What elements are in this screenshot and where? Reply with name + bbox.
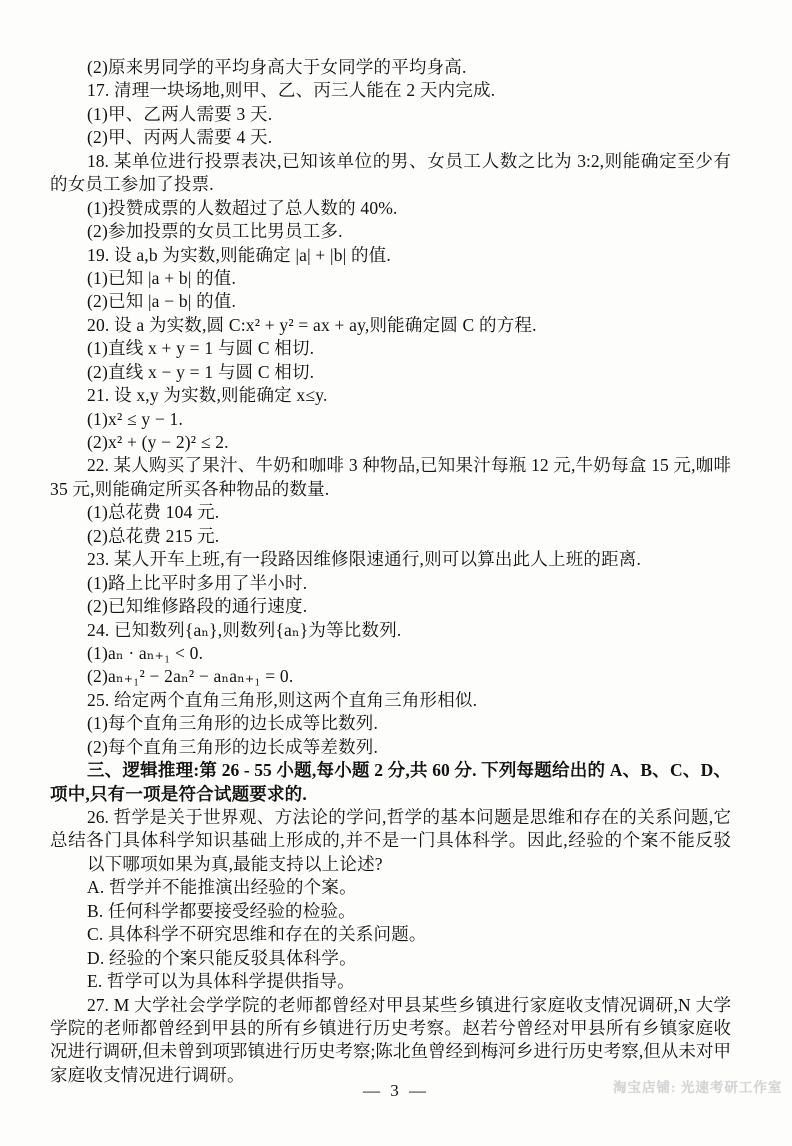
text-line: 35 元,则能确定所买各种物品的数量.: [50, 478, 731, 501]
text-line: 总结各门具体科学知识基础上形成的,并不是一门具体科学。因此,经验的个案不能反驳它…: [50, 829, 731, 852]
text-line: (2)直线 x − y = 1 与圆 C 相切.: [50, 361, 731, 384]
text-line: 项中,只有一项是符合试题要求的.: [50, 783, 731, 806]
text-line: 25. 给定两个直角三角形,则这两个直角三角形相似.: [50, 689, 731, 712]
exam-paper-page: (2)原来男同学的平均身高大于女同学的平均身高.17. 清理一块场地,则甲、乙、…: [0, 0, 792, 1146]
text-line: 学院的老师都曾经到甲县的所有乡镇进行历史考察。赵若兮曾经对甲县所有乡镇家庭收支情: [50, 1017, 731, 1040]
text-line: D. 经验的个案只能反驳具体科学。: [50, 947, 731, 970]
text-line: A. 哲学并不能推演出经验的个案。: [50, 876, 731, 899]
text-line: 17. 清理一块场地,则甲、乙、丙三人能在 2 天内完成.: [50, 79, 731, 102]
text-line: 22. 某人购买了果汁、牛奶和咖啡 3 种物品,已知果汁每瓶 12 元,牛奶每盒…: [50, 454, 731, 477]
text-line: 18. 某单位进行投票表决,已知该单位的男、女员工人数之比为 3:2,则能确定至…: [50, 150, 731, 173]
text-line: (2)aₙ₊₁² − 2aₙ² − aₙaₙ₊₁ = 0.: [50, 665, 731, 688]
document-body: (2)原来男同学的平均身高大于女同学的平均身高.17. 清理一块场地,则甲、乙、…: [50, 56, 731, 1087]
text-line: (2)甲、丙两人需要 4 天.: [50, 126, 731, 149]
text-line: 三、逻辑推理:第 26 - 55 小题,每小题 2 分,共 60 分. 下列每题…: [50, 759, 731, 782]
text-line: (1)每个直角三角形的边长成等比数列.: [50, 712, 731, 735]
text-line: E. 哲学可以为具体科学提供指导。: [50, 970, 731, 993]
text-line: (2)总花费 215 元.: [50, 525, 731, 548]
text-line: 19. 设 a,b 为实数,则能确定 |a| + |b| 的值.: [50, 244, 731, 267]
text-line: 的女员工参加了投票.: [50, 173, 731, 196]
text-line: (2)每个直角三角形的边长成等差数列.: [50, 736, 731, 759]
text-line: (2)已知维修路段的通行速度.: [50, 595, 731, 618]
text-line: 27. M 大学社会学学院的老师都曾经对甲县某些乡镇进行家庭收支情况调研,N 大…: [50, 994, 731, 1017]
text-line: 以下哪项如果为真,最能支持以上论述?: [50, 853, 731, 876]
text-line: (1)路上比平时多用了半小时.: [50, 572, 731, 595]
text-line: (1)投赞成票的人数超过了总人数的 40%.: [50, 197, 731, 220]
text-line: (1)直线 x + y = 1 与圆 C 相切.: [50, 337, 731, 360]
text-line: (2)已知 |a − b| 的值.: [50, 290, 731, 313]
text-line: 20. 设 a 为实数,圆 C:x² + y² = ax + ay,则能确定圆 …: [50, 314, 731, 337]
text-line: 21. 设 x,y 为实数,则能确定 x≤y.: [50, 384, 731, 407]
text-line: B. 任何科学都要接受经验的检验。: [50, 900, 731, 923]
text-line: 23. 某人开车上班,有一段路因维修限速通行,则可以算出此人上班的距离.: [50, 548, 731, 571]
text-line: (1)总花费 104 元.: [50, 501, 731, 524]
text-line: (1)x² ≤ y − 1.: [50, 408, 731, 431]
text-line: C. 具体科学不研究思维和存在的关系问题。: [50, 923, 731, 946]
text-line: (1)甲、乙两人需要 3 天.: [50, 103, 731, 126]
text-line: (2)原来男同学的平均身高大于女同学的平均身高.: [50, 56, 731, 79]
text-line: (1)aₙ · aₙ₊₁ < 0.: [50, 642, 731, 665]
watermark: 淘宝店铺: 光速考研工作室: [613, 1076, 782, 1096]
text-line: 况进行调研,但未曾到项郢镇进行历史考察;陈北鱼曾经到梅河乡进行历史考察,但从未对…: [50, 1040, 731, 1063]
text-line: 24. 已知数列{aₙ},则数列{aₙ}为等比数列.: [50, 619, 731, 642]
text-line: (2)参加投票的女员工比男员工多.: [50, 220, 731, 243]
text-line: (2)x² + (y − 2)² ≤ 2.: [50, 431, 731, 454]
text-line: 26. 哲学是关于世界观、方法论的学问,哲学的基本问题是思维和存在的关系问题,它…: [50, 806, 731, 829]
text-line: (1)已知 |a + b| 的值.: [50, 267, 731, 290]
